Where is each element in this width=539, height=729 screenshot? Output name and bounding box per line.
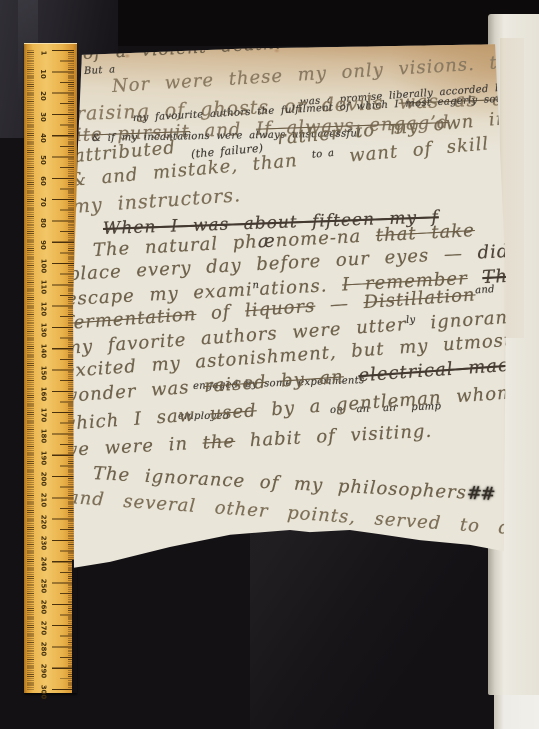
ruler-label-100: 100 (34, 261, 52, 271)
ruler-label-210: 210 (34, 495, 52, 505)
ruler-label-10: 10 (34, 69, 52, 79)
ruler-label-110: 110 (34, 282, 52, 292)
ruler-label-180: 180 (34, 431, 52, 441)
ruler-label-290: 290 (34, 666, 52, 676)
ruler-label-260: 260 (34, 602, 52, 612)
ruler-label-80: 80 (34, 218, 52, 228)
ruler-label-70: 70 (34, 197, 52, 207)
ruler-label-300: 300 (34, 687, 52, 697)
ruler-ticks-1mm-left (27, 50, 34, 690)
ruler-label-150: 150 (34, 368, 52, 378)
ruler-edge-notch (72, 560, 77, 693)
photo-stage: 1102030405060708090100110120130140150160… (0, 0, 539, 729)
ruler-label-60: 60 (34, 176, 52, 186)
ruler-ticks-10mm (52, 50, 74, 690)
ruler-label-160: 160 (34, 389, 52, 399)
ruler-label-40: 40 (34, 133, 52, 143)
ruler-label-280: 280 (34, 644, 52, 654)
ruler-label-90: 90 (34, 240, 52, 250)
ruler-label-270: 270 (34, 623, 52, 633)
ruler-label-200: 200 (34, 474, 52, 484)
measurement-ruler: 1102030405060708090100110120130140150160… (24, 44, 77, 693)
manuscript-text: of a violent death.But aNor were these m… (70, 40, 510, 572)
ruler-label-250: 250 (34, 581, 52, 591)
ruler-label-240: 240 (34, 559, 52, 569)
backing-leaf-bottom (494, 695, 539, 729)
line-11: my instructors. (71, 184, 242, 218)
ruler-label-1: 1 (34, 48, 52, 58)
ruler-label-230: 230 (34, 538, 52, 548)
ruler-label-30: 30 (34, 112, 52, 122)
ruler-label-120: 120 (34, 304, 52, 314)
ruler-label-50: 50 (34, 155, 52, 165)
ruler-label-20: 20 (34, 91, 52, 101)
ruler-label-140: 140 (34, 346, 52, 356)
manuscript-page: of a violent death.But aNor were these m… (70, 40, 510, 572)
ruler-label-190: 190 (34, 453, 52, 463)
ruler-label-130: 130 (34, 325, 52, 335)
ruler-label-170: 170 (34, 410, 52, 420)
ruler-label-220: 220 (34, 517, 52, 527)
